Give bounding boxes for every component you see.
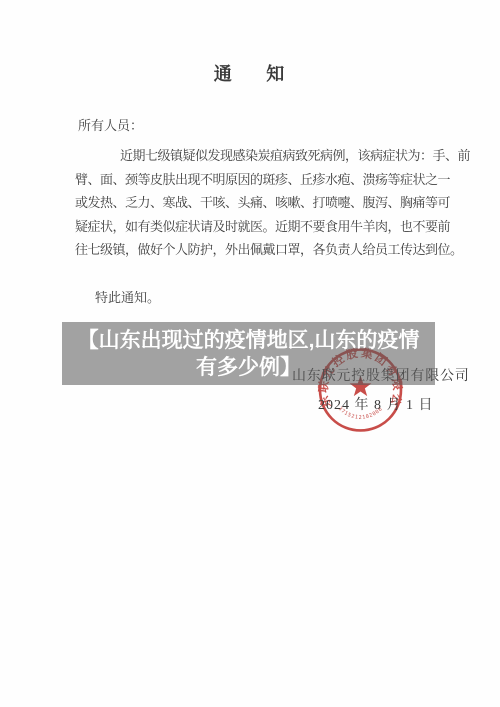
notice-conclusion: 特此通知。 — [95, 287, 160, 306]
caption-line-1: 【山东出现过的疫情地区,山东的疫情 — [78, 327, 420, 354]
body-line: 或发热、乏力、寒战、干咳、头痛、咳嗽、打喷嚏、腹泻、胸痛等可 — [75, 191, 447, 215]
caption-line-2: 有多少例】 — [196, 354, 301, 381]
notice-body: 近期七级镇疑似发现感染炭疽病致死病例，该病症状为：手、前 臂、面、颈等皮肤出现不… — [75, 144, 447, 262]
signature-date: 2024 年 8 月 1 日 — [318, 394, 434, 414]
body-line: 臂、面、颈等皮肤出现不明原因的斑疹、丘疹水疱、溃疡等症状之一 — [75, 168, 447, 192]
body-line: 近期七级镇疑似发现感染炭疽病致死病例，该病症状为：手、前 — [75, 144, 447, 168]
body-line: 疑症状，如有类似症状请及时就医。近期不要食用牛羊肉，也不要前 — [75, 215, 447, 239]
notice-title: 通 知 — [0, 60, 500, 86]
notice-salutation: 所有人员： — [78, 115, 143, 134]
body-line: 往七级镇，做好个人防护，外出佩戴口罩，各负责人给员工传达到位。 — [75, 238, 447, 262]
watermark-caption-overlay: 【山东出现过的疫情地区,山东的疫情 有多少例】 — [62, 322, 435, 385]
notice-document-page: 通 知 所有人员： 近期七级镇疑似发现感染炭疽病致死病例，该病症状为：手、前 臂… — [0, 0, 500, 707]
